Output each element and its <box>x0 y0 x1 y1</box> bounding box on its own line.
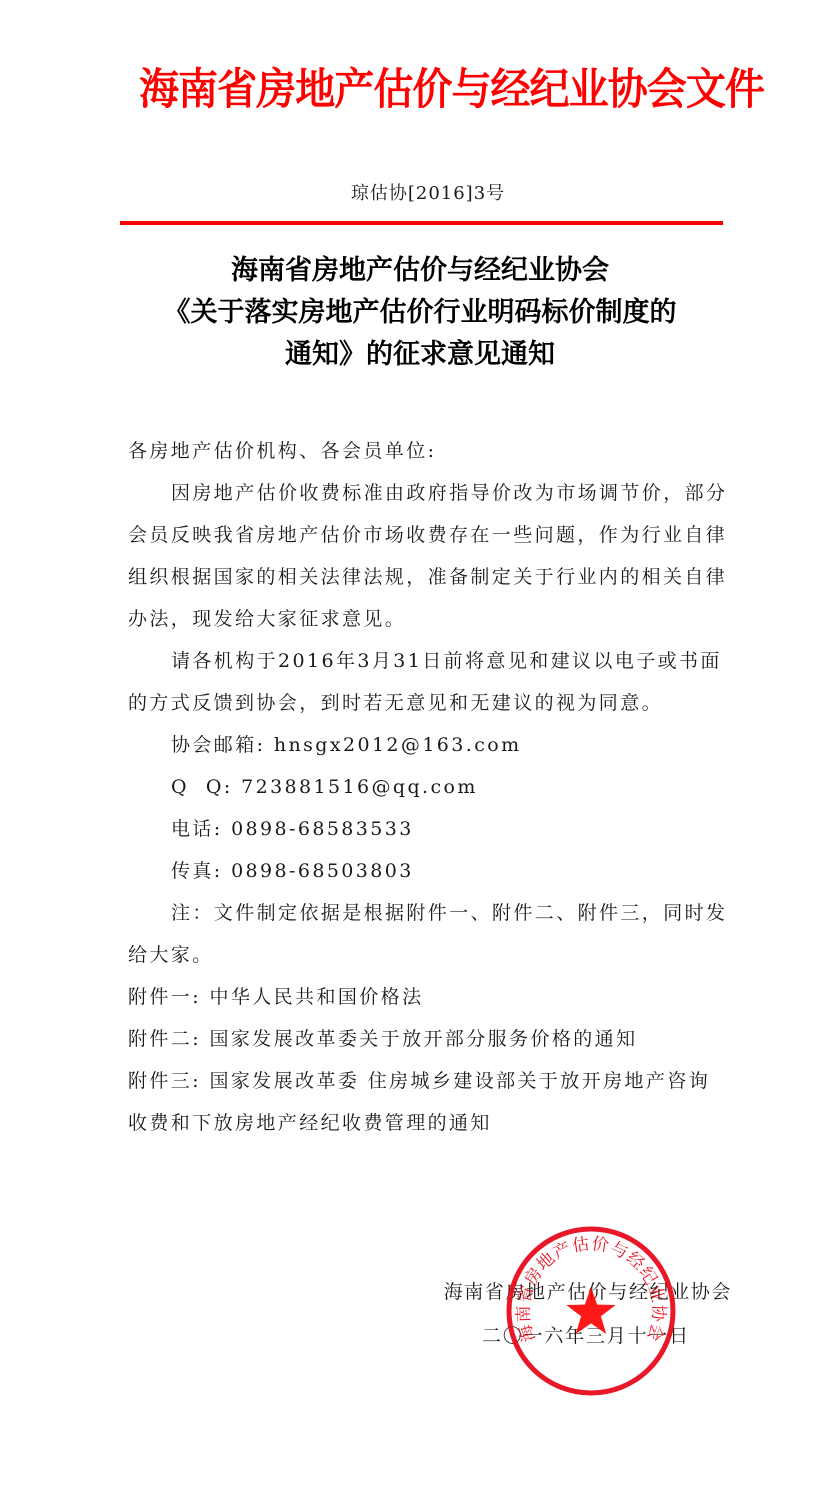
contact-email-value[interactable]: hnsgx2012@163.com <box>274 734 522 756</box>
attachment-item-1: 附件一: 中华人民共和国价格法 <box>128 976 733 1018</box>
attachment-list: 附件一: 中华人民共和国价格法 附件二: 国家发展改革委关于放开部分服务价格的通… <box>128 976 733 1144</box>
paragraph-note: 注：文件制定依据是根据附件一、附件二、附件三，同时发 给大家。 <box>128 892 733 976</box>
contact-email: 协会邮箱: hnsgx2012@163.com <box>128 724 733 766</box>
document-header-title: 海南省房地产估价与经纪业协会文件 <box>139 60 697 120</box>
contact-qq-value[interactable]: 723881516@qq.com <box>241 776 478 798</box>
contact-phone-value: 0898-68583533 <box>231 818 414 840</box>
attachment-text: 国家发展改革委关于放开部分服务价格的通知 <box>209 1028 637 1050</box>
paragraph-line: 注：文件制定依据是根据附件一、附件二、附件三，同时发 <box>128 892 733 934</box>
contact-qq-label: Q Q: <box>171 776 233 798</box>
attachment-label: 附件三: <box>128 1070 201 1092</box>
contact-fax-label: 传真: <box>171 860 223 882</box>
header-divider <box>120 221 723 225</box>
notice-title: 海南省房地产估价与经纪业协会 《关于落实房地产估价行业明码标价制度的 通知》的征… <box>100 250 740 376</box>
paragraph-line: 会员反映我省房地产估价市场收费存在一些问题，作为行业自律 <box>128 514 733 556</box>
attachment-label: 附件二: <box>128 1028 201 1050</box>
attachment-item-3: 附件三: 国家发展改革委 住房城乡建设部关于放开房地产咨询 <box>128 1060 733 1102</box>
salutation: 各房地产估价机构、各会员单位: <box>128 430 733 472</box>
attachment-text: 国家发展改革委 住房城乡建设部关于放开房地产咨询 <box>209 1070 710 1092</box>
notice-body: 各房地产估价机构、各会员单位: 因房地产估价收费标准由政府指导价改为市场调节价，… <box>128 430 733 1144</box>
contact-fax: 传真: 0898-68503803 <box>128 850 733 892</box>
attachment-label: 附件一: <box>128 986 201 1008</box>
attachment-item-3-continuation: 收费和下放房地产经纪收费管理的通知 <box>128 1102 733 1144</box>
paragraph-line: 的方式反馈到协会，到时若无意见和无建议的视为同意。 <box>128 682 733 724</box>
paragraph-line: 因房地产估价收费标准由政府指导价改为市场调节价，部分 <box>128 472 733 514</box>
paragraph-line: 组织根据国家的相关法律法规，准备制定关于行业内的相关自律 <box>128 556 733 598</box>
contact-fax-value: 0898-68503803 <box>231 860 414 882</box>
attachment-text: 中华人民共和国价格法 <box>209 986 423 1008</box>
paragraph-purpose: 因房地产估价收费标准由政府指导价改为市场调节价，部分 会员反映我省房地产估价市场… <box>128 472 733 640</box>
paragraph-deadline: 请各机构于2016年3月31日前将意见和建议以电子或书面 的方式反馈到协会，到时… <box>128 640 733 724</box>
contact-phone-label: 电话: <box>171 818 223 840</box>
document-number: 琼估协[2016]3号 <box>0 180 836 208</box>
notice-title-line-3: 通知》的征求意见通知 <box>100 334 740 376</box>
star-icon <box>566 1287 615 1334</box>
contact-qq: Q Q: 723881516@qq.com <box>128 766 733 808</box>
attachment-item-2: 附件二: 国家发展改革委关于放开部分服务价格的通知 <box>128 1018 733 1060</box>
paragraph-line: 办法，现发给大家征求意见。 <box>128 598 733 640</box>
contact-phone: 电话: 0898-68583533 <box>128 808 733 850</box>
paragraph-line: 给大家。 <box>128 934 733 976</box>
notice-title-line-2: 《关于落实房地产估价行业明码标价制度的 <box>100 292 740 334</box>
notice-title-line-1: 海南省房地产估价与经纪业协会 <box>100 250 740 292</box>
paragraph-line: 请各机构于2016年3月31日前将意见和建议以电子或书面 <box>128 640 733 682</box>
contact-list: 协会邮箱: hnsgx2012@163.com Q Q: 723881516@q… <box>128 724 733 892</box>
official-seal: 海南省房地产估价与经纪业协会 <box>504 1224 678 1398</box>
contact-email-label: 协会邮箱: <box>171 734 265 756</box>
